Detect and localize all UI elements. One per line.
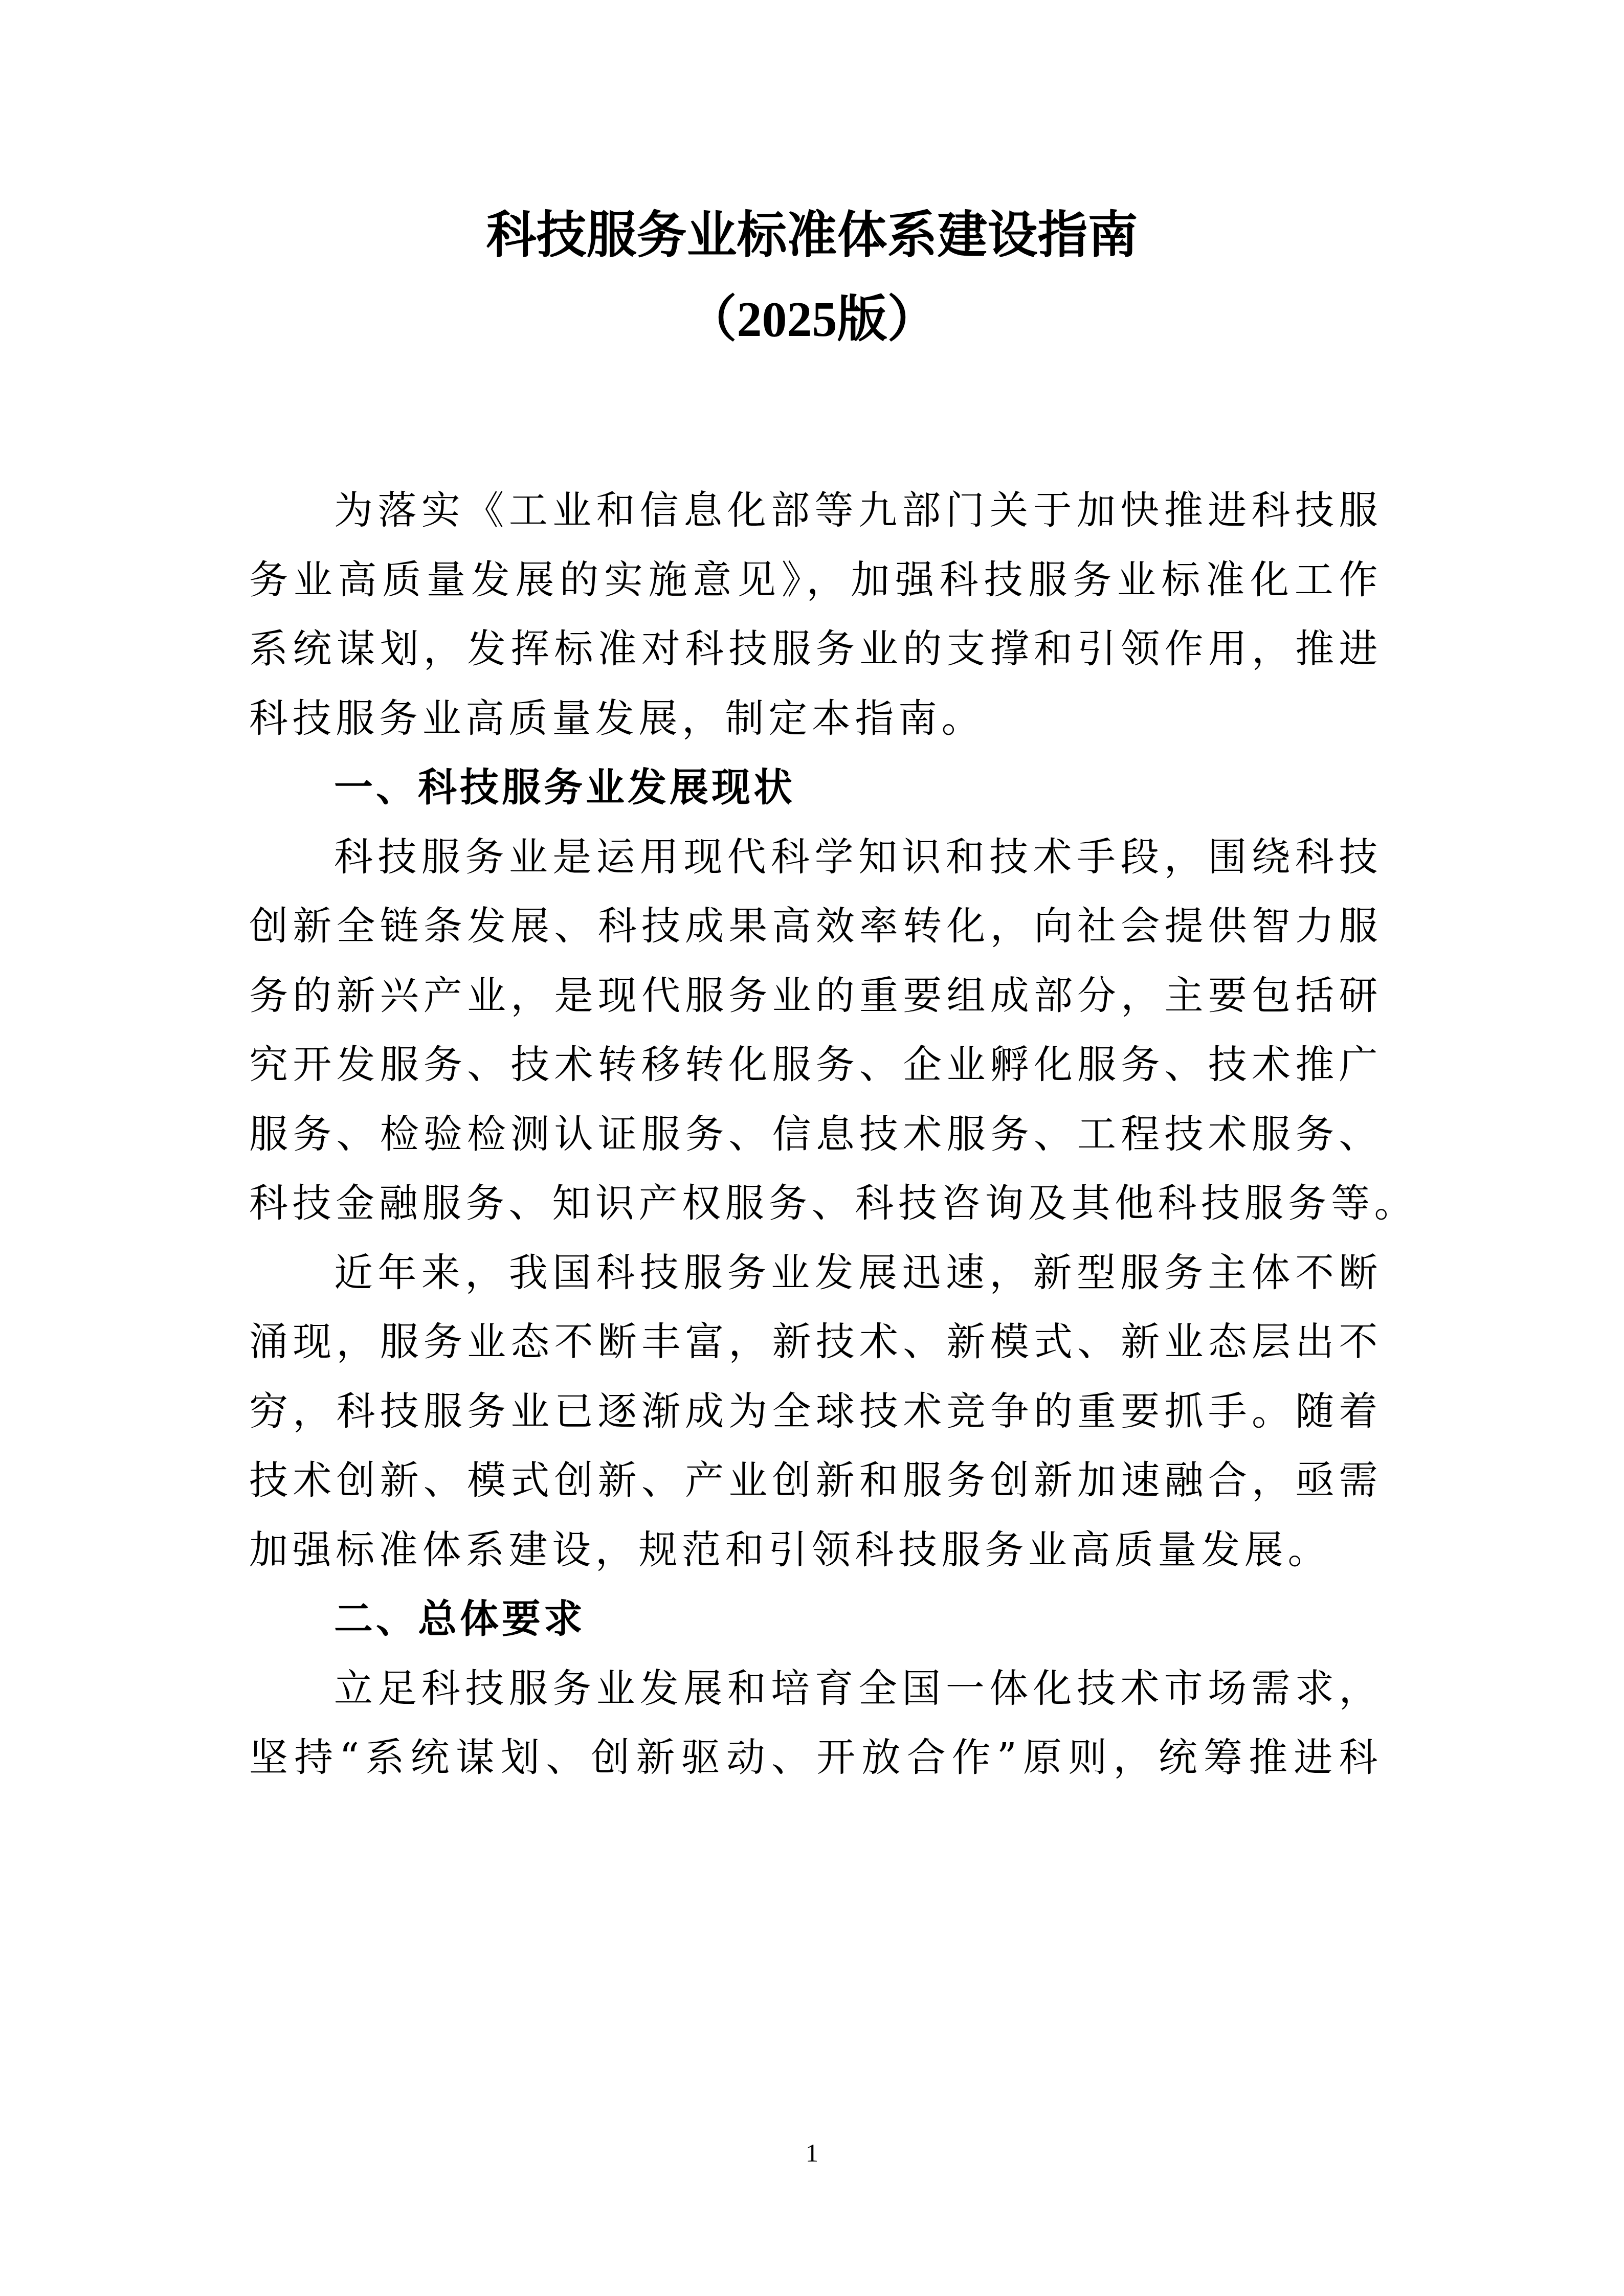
text-line: 务的新兴产业，是现代服务业的重要组成部分，主要包括研 — [249, 961, 1382, 1030]
text-line: 务业高质量发展的实施意见》，加强科技服务业标准化工作 — [249, 545, 1382, 615]
section-heading-2: 二、总体要求 — [249, 1584, 1382, 1654]
document-body: 为落实《工业和信息化部等九部门关于加快推进科技服 务业高质量发展的实施意见》，加… — [249, 476, 1382, 1792]
section-1-paragraph-2: 近年来，我国科技服务业发展迅速，新型服务主体不断 涌现，服务业态不断丰富，新技术… — [249, 1238, 1382, 1585]
text-line: 科技服务业高质量发展，制定本指南。 — [249, 684, 1382, 753]
text-line: 立足科技服务业发展和培育全国一体化技术市场需求， — [249, 1654, 1382, 1723]
text-line: 究开发服务、技术转移转化服务、企业孵化服务、技术推广 — [249, 1030, 1382, 1099]
document-title: 科技服务业标准体系建设指南 — [0, 202, 1624, 268]
intro-paragraph: 为落实《工业和信息化部等九部门关于加快推进科技服 务业高质量发展的实施意见》，加… — [249, 476, 1382, 753]
text-line: 近年来，我国科技服务业发展迅速，新型服务主体不断 — [249, 1238, 1382, 1308]
page-number: 1 — [0, 2137, 1624, 2168]
section-heading-1: 一、科技服务业发展现状 — [249, 753, 1382, 822]
text-line: 涌现，服务业态不断丰富，新技术、新模式、新业态层出不 — [249, 1307, 1382, 1377]
document-subtitle: （2025版） — [0, 286, 1624, 353]
document-page: 科技服务业标准体系建设指南 （2025版） 为落实《工业和信息化部等九部门关于加… — [0, 0, 1624, 2296]
text-line: 坚持“系统谋划、创新驱动、开放合作”原则，统筹推进科 — [249, 1723, 1382, 1792]
text-line: 穷，科技服务业已逐渐成为全球技术竞争的重要抓手。随着 — [249, 1377, 1382, 1446]
text-line: 科技服务业是运用现代科学知识和技术手段，围绕科技 — [249, 822, 1382, 892]
text-line: 服务、检验检测认证服务、信息技术服务、工程技术服务、 — [249, 1099, 1382, 1169]
section-2-paragraph-1: 立足科技服务业发展和培育全国一体化技术市场需求， 坚持“系统谋划、创新驱动、开放… — [249, 1654, 1382, 1792]
text-line: 为落实《工业和信息化部等九部门关于加快推进科技服 — [249, 476, 1382, 545]
text-line: 科技金融服务、知识产权服务、科技咨询及其他科技服务等。 — [249, 1168, 1382, 1238]
text-line: 技术创新、模式创新、产业创新和服务创新加速融合，亟需 — [249, 1446, 1382, 1515]
text-line: 系统谋划，发挥标准对科技服务业的支撑和引领作用，推进 — [249, 614, 1382, 684]
section-1-paragraph-1: 科技服务业是运用现代科学知识和技术手段，围绕科技 创新全链条发展、科技成果高效率… — [249, 822, 1382, 1238]
text-line: 加强标准体系建设，规范和引领科技服务业高质量发展。 — [249, 1515, 1382, 1585]
text-line: 创新全链条发展、科技成果高效率转化，向社会提供智力服 — [249, 891, 1382, 961]
